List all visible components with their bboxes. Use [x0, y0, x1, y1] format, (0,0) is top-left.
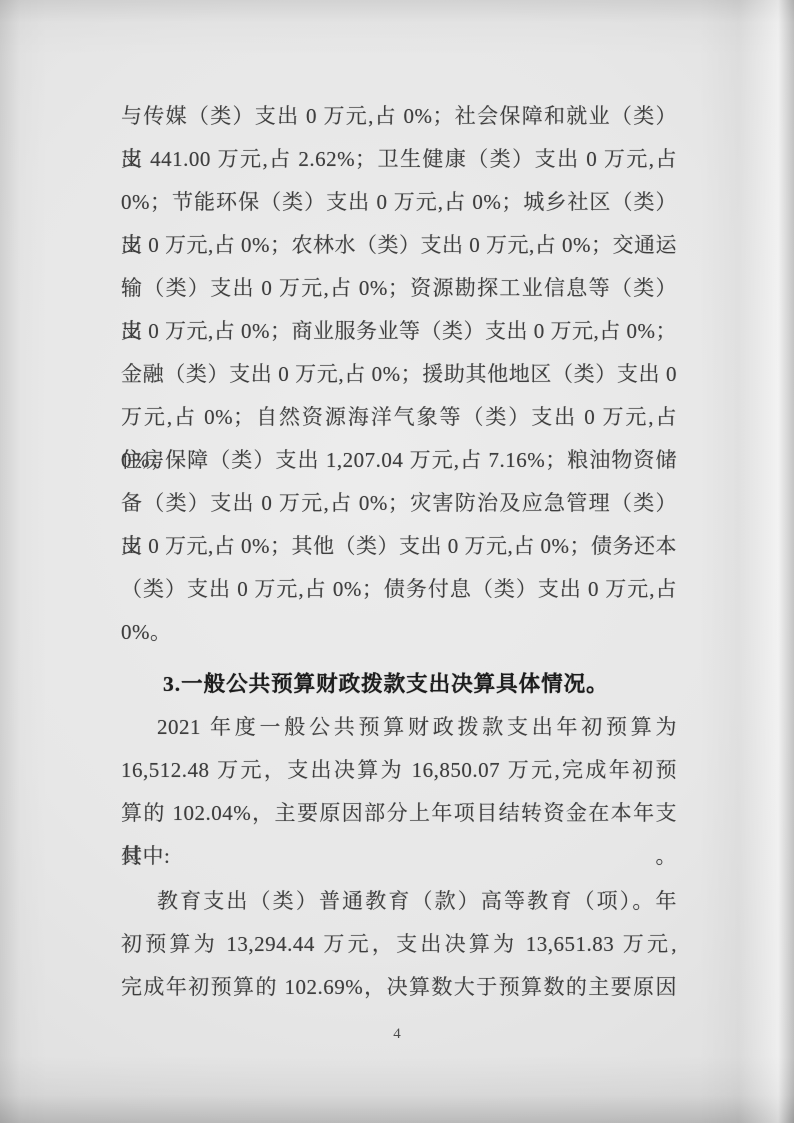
- text-line: 出 0 万元,占 0%；农林水（类）支出 0 万元,占 0%；交通运: [121, 224, 677, 267]
- text-line: 住房保障（类）支出 1,207.04 万元,占 7.16%；粮油物资储: [121, 439, 677, 482]
- section-heading: 3.一般公共预算财政拨款支出决算具体情况。: [121, 663, 677, 706]
- text-line: 完成年初预算的 102.69%，决算数大于预算数的主要原因: [121, 966, 677, 1009]
- page-number: 4: [0, 1022, 794, 1046]
- text-line: 备（类）支出 0 万元,占 0%；灾害防治及应急管理（类）支: [121, 482, 677, 525]
- text-line: 0%；节能环保（类）支出 0 万元,占 0%；城乡社区（类）支: [121, 181, 677, 224]
- text-line: 出 441.00 万元,占 2.62%；卫生健康（类）支出 0 万元,占: [121, 138, 677, 181]
- text-line: 0%。: [121, 611, 677, 654]
- text-line: 16,512.48 万元，支出决算为 16,850.07 万元,完成年初预: [121, 749, 677, 792]
- text-line: 出 0 万元,占 0%；其他（类）支出 0 万元,占 0%；债务还本: [121, 525, 677, 568]
- body-text: 与传媒（类）支出 0 万元,占 0%；社会保障和就业（类）支 出 441.00 …: [121, 95, 677, 1009]
- text-line: 金融（类）支出 0 万元,占 0%；援助其他地区（类）支出 0: [121, 353, 677, 396]
- scanned-document-page: 与传媒（类）支出 0 万元,占 0%；社会保障和就业（类）支 出 441.00 …: [0, 0, 794, 1123]
- text-line: 出 0 万元,占 0%；商业服务业等（类）支出 0 万元,占 0%；: [121, 310, 677, 353]
- text-line: 初预算为 13,294.44 万元，支出决算为 13,651.83 万元,: [121, 923, 677, 966]
- text-line: 输（类）支出 0 万元,占 0%；资源勘探工业信息等（类）支: [121, 267, 677, 310]
- text-line: 万元,占 0%；自然资源海洋气象等（类）支出 0 万元,占 0%；: [121, 396, 677, 439]
- text-line: 与传媒（类）支出 0 万元,占 0%；社会保障和就业（类）支: [121, 95, 677, 138]
- text-line: （类）支出 0 万元,占 0%；债务付息（类）支出 0 万元,占: [121, 568, 677, 611]
- text-line: 2021 年度一般公共预算财政拨款支出年初预算为: [121, 706, 677, 749]
- text-line: 教育支出（类）普通教育（款）高等教育（项）。年: [121, 880, 677, 923]
- text-line: 算的 102.04%，主要原因部分上年项目结转资金在本年支付。: [121, 792, 677, 835]
